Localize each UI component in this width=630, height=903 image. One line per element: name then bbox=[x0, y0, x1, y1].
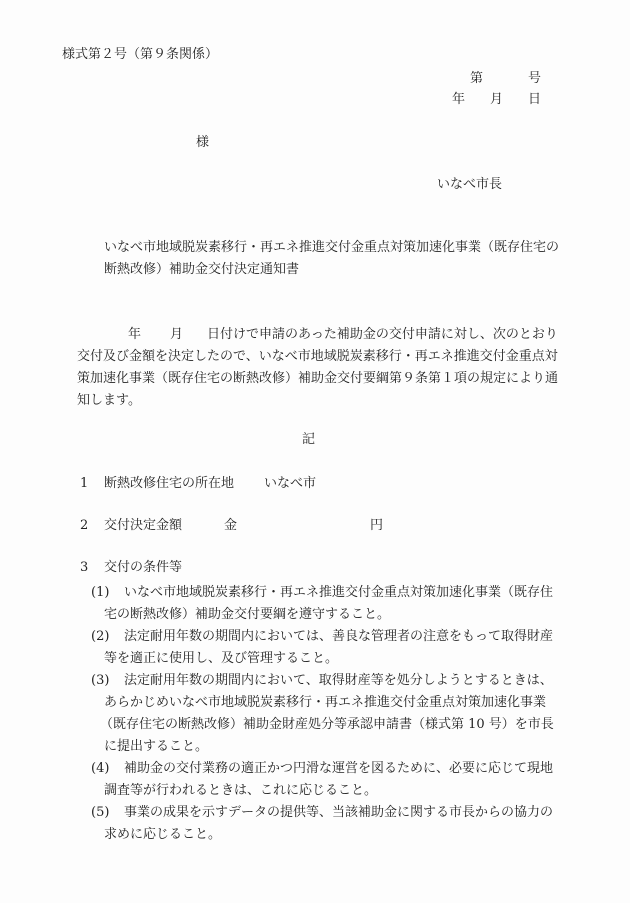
body-line-2: 交付及び金額を決定したので、いなべ市地域脱炭素移行・再エネ推進交付金重点対 bbox=[77, 349, 558, 365]
condition-number: (3) bbox=[91, 673, 109, 689]
amount-suffix: 円 bbox=[370, 518, 383, 534]
condition-line: いなべ市地域脱炭素移行・再エネ推進交付金重点対策加速化事業（既存住 bbox=[124, 585, 553, 601]
condition-number: (5) bbox=[91, 805, 109, 821]
condition-line: に提出すること。 bbox=[104, 739, 208, 755]
title-line-1: いなべ市地域脱炭素移行・再エネ推進交付金重点対策加速化事業（既存住宅の bbox=[104, 240, 559, 256]
body-line-1: 日付けで申請のあった補助金の交付申請に対し、次のとおり bbox=[207, 327, 558, 343]
body-date-month: 月 bbox=[170, 327, 183, 343]
condition-number: (4) bbox=[91, 761, 109, 777]
item-label: 断熱改修住宅の所在地 bbox=[104, 476, 234, 492]
condition-line: あらかじめいなべ市地域脱炭素移行・再エネ推進交付金重点対策加速化事業 bbox=[104, 695, 546, 711]
amount-prefix: 金 bbox=[224, 518, 237, 534]
condition-line: （既存住宅の断熱改修）補助金財産処分等承認申請書（様式第 10 号）を市長 bbox=[100, 717, 554, 733]
title-line-2: 断熱改修）補助金交付決定通知書 bbox=[104, 262, 299, 278]
body-line-3: 策加速化事業（既存住宅の断熱改修）補助金交付要綱第９条第１項の規定により通 bbox=[77, 371, 558, 387]
condition-line: 等を適正に使用し、及び管理すること。 bbox=[104, 651, 338, 667]
doc-number-suffix: 号 bbox=[528, 71, 541, 87]
body-date-year: 年 bbox=[128, 327, 141, 343]
item-number: 3 bbox=[80, 560, 88, 576]
item-label: 交付の条件等 bbox=[104, 560, 182, 576]
condition-line: 求めに応じること。 bbox=[104, 827, 221, 843]
date-day: 日 bbox=[528, 92, 541, 108]
item-number: 1 bbox=[80, 476, 88, 492]
ki-heading: 記 bbox=[302, 432, 315, 448]
form-label: 様式第２号（第９条関係） bbox=[62, 47, 218, 63]
body-line-4: 知します。 bbox=[77, 393, 141, 409]
item-value: いなべ市 bbox=[264, 476, 316, 492]
condition-line: 事業の成果を示すデータの提供等、当該補助金に関する市長からの協力の bbox=[124, 805, 553, 821]
condition-line: 法定耐用年数の期間内においては、善良な管理者の注意をもって取得財産 bbox=[124, 629, 553, 645]
date-month: 月 bbox=[490, 92, 503, 108]
doc-number-prefix: 第 bbox=[470, 71, 483, 87]
item-number: 2 bbox=[80, 518, 88, 534]
item-label: 交付決定金額 bbox=[104, 518, 182, 534]
condition-line: 宅の断熱改修）補助金交付要綱を遵守すること。 bbox=[104, 607, 390, 623]
condition-number: (2) bbox=[91, 629, 109, 645]
issuer: いなべ市長 bbox=[437, 177, 502, 193]
condition-number: (1) bbox=[91, 585, 109, 601]
condition-line: 調査等が行われるときは、これに応じること。 bbox=[104, 783, 377, 799]
date-year: 年 bbox=[452, 92, 465, 108]
recipient-suffix: 様 bbox=[196, 135, 209, 151]
condition-line: 補助金の交付業務の適正かつ円滑な運営を図るために、必要に応じて現地 bbox=[124, 761, 553, 777]
condition-line: 法定耐用年数の期間内において、取得財産等を処分しようとするときは、 bbox=[124, 673, 553, 689]
